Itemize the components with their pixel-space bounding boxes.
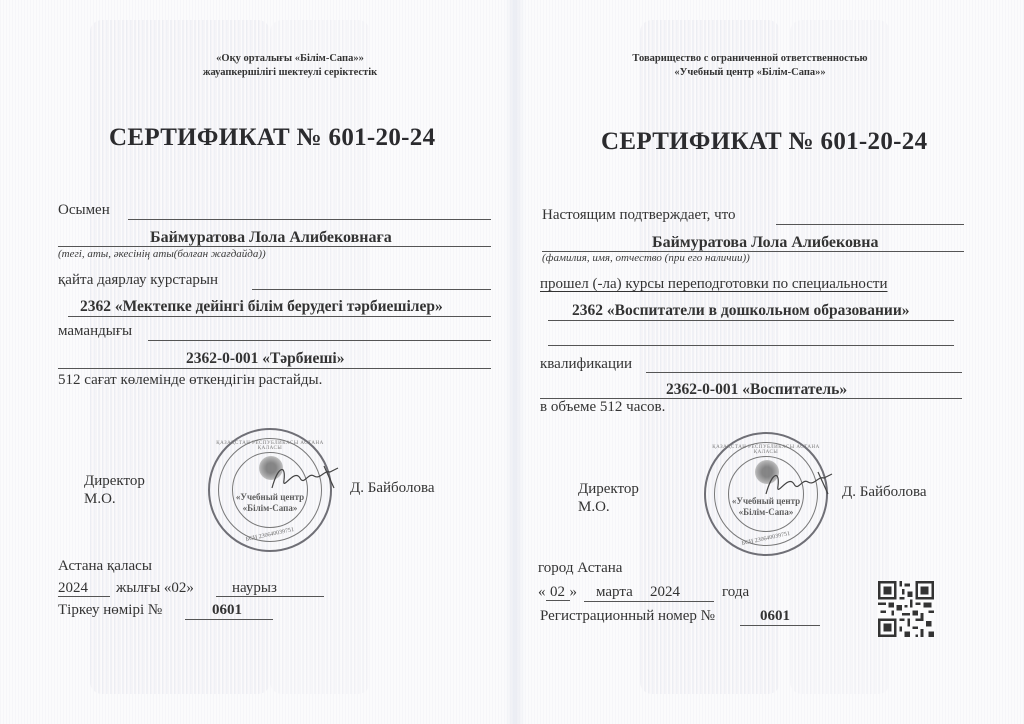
underline: [128, 219, 491, 220]
label-qualification: мамандығы: [58, 323, 132, 340]
year-suffix: года: [722, 584, 749, 601]
underline: [216, 596, 324, 597]
background-pattern: [790, 20, 890, 694]
underline: [185, 619, 273, 620]
director-block: Директор М.О.: [578, 480, 639, 516]
date-line: «02»: [538, 584, 577, 601]
label-courses: қайта даярлау курстарын: [58, 272, 218, 289]
month: наурыз: [232, 580, 277, 597]
underline: [58, 246, 491, 247]
date-line: 2024: [58, 580, 88, 597]
org-line-1: Товарищество с ограниченной ответственно…: [600, 52, 900, 66]
month: марта: [596, 584, 633, 601]
day: 02: [546, 585, 570, 601]
city: город Астана: [538, 560, 622, 577]
reg-label: Тіркеу нөмірі №: [58, 602, 162, 619]
mo-label: М.О.: [578, 498, 639, 516]
org-header: «Оқу орталығы «Білім-Сапа»» жауапкершілі…: [150, 52, 430, 80]
year: 2024: [58, 580, 88, 596]
qr-code-icon: [878, 581, 934, 637]
certificate-scan: «Оқу орталығы «Білім-Сапа»» жауапкершілі…: [0, 0, 1024, 724]
city: Астана қаласы: [58, 558, 152, 575]
specialty: 2362 «Мектепке дейінгі білім берудегі тә…: [80, 298, 443, 316]
director-block: Директор М.О.: [84, 472, 145, 508]
director-name: Д. Байболова: [842, 484, 927, 501]
label-confirms: Настоящим подтверждает, что: [542, 207, 736, 224]
org-line-2: «Учебный центр «Білім-Сапа»»: [600, 66, 900, 80]
underline: [548, 320, 954, 321]
recipient-name: Баймуратова Лола Алибековнаға: [150, 229, 392, 247]
stamp-ring-text: ҚАЗАҚСТАН РЕСПУБЛИКАСЫ АСТАНА ҚАЛАСЫ: [706, 445, 826, 455]
qualification: 2362-0-001 «Тәрбиеші»: [186, 350, 345, 368]
name-hint: (тегі, аты, әкесінің аты(болған жағдайда…: [58, 248, 266, 260]
date-mid: жылғы «02»: [116, 580, 194, 597]
underline: [148, 340, 491, 341]
underline: [740, 625, 820, 626]
label-qualification: квалификации: [540, 356, 632, 373]
hours-statement: 512 сағат көлемінде өткендігін растайды.: [58, 372, 322, 389]
org-line-1: «Оқу орталығы «Білім-Сапа»»: [150, 52, 430, 66]
signature: [758, 464, 838, 504]
name-hint: (фамилия, имя, отчество (при его наличии…: [542, 252, 750, 264]
underline: [776, 224, 964, 225]
reg-number: 0601: [760, 608, 790, 625]
specialty: 2362 «Воспитатели в дошкольном образован…: [572, 302, 910, 320]
label-courses: прошел (-ла) курсы переподготовки по спе…: [540, 276, 888, 293]
mo-label: М.О.: [84, 490, 145, 508]
reg-label: Регистрационный номер №: [540, 608, 715, 625]
underline: [58, 368, 491, 369]
certificate-title: СЕРТИФИКАТ № 601-20-24: [601, 128, 927, 156]
recipient-name: Баймуратова Лола Алибековна: [652, 234, 878, 252]
page-fold: [505, 0, 525, 724]
underline: [68, 316, 491, 317]
year: 2024: [650, 584, 680, 601]
org-header: Товарищество с ограниченной ответственно…: [600, 52, 900, 80]
director-name: Д. Байболова: [350, 480, 435, 497]
director-label: Директор: [578, 480, 639, 498]
label-osymen: Осымен: [58, 202, 110, 219]
org-line-2: жауапкершілігі шектеулі серіктестік: [150, 66, 430, 80]
hours-statement: в объеме 512 часов.: [540, 399, 665, 416]
underline: [252, 289, 491, 290]
reg-number: 0601: [212, 602, 242, 619]
underline: [646, 372, 962, 373]
qualification: 2362-0-001 «Воспитатель»: [666, 381, 847, 399]
certificate-title: СЕРТИФИКАТ № 601-20-24: [109, 124, 435, 152]
underline: [58, 596, 110, 597]
stamp-ring-text: ҚАЗАҚСТАН РЕСПУБЛИКАСЫ АСТАНА ҚАЛАСЫ: [210, 441, 330, 451]
signature: [264, 458, 344, 498]
director-label: Директор: [84, 472, 145, 490]
underline: [548, 345, 954, 346]
underline: [584, 601, 714, 602]
